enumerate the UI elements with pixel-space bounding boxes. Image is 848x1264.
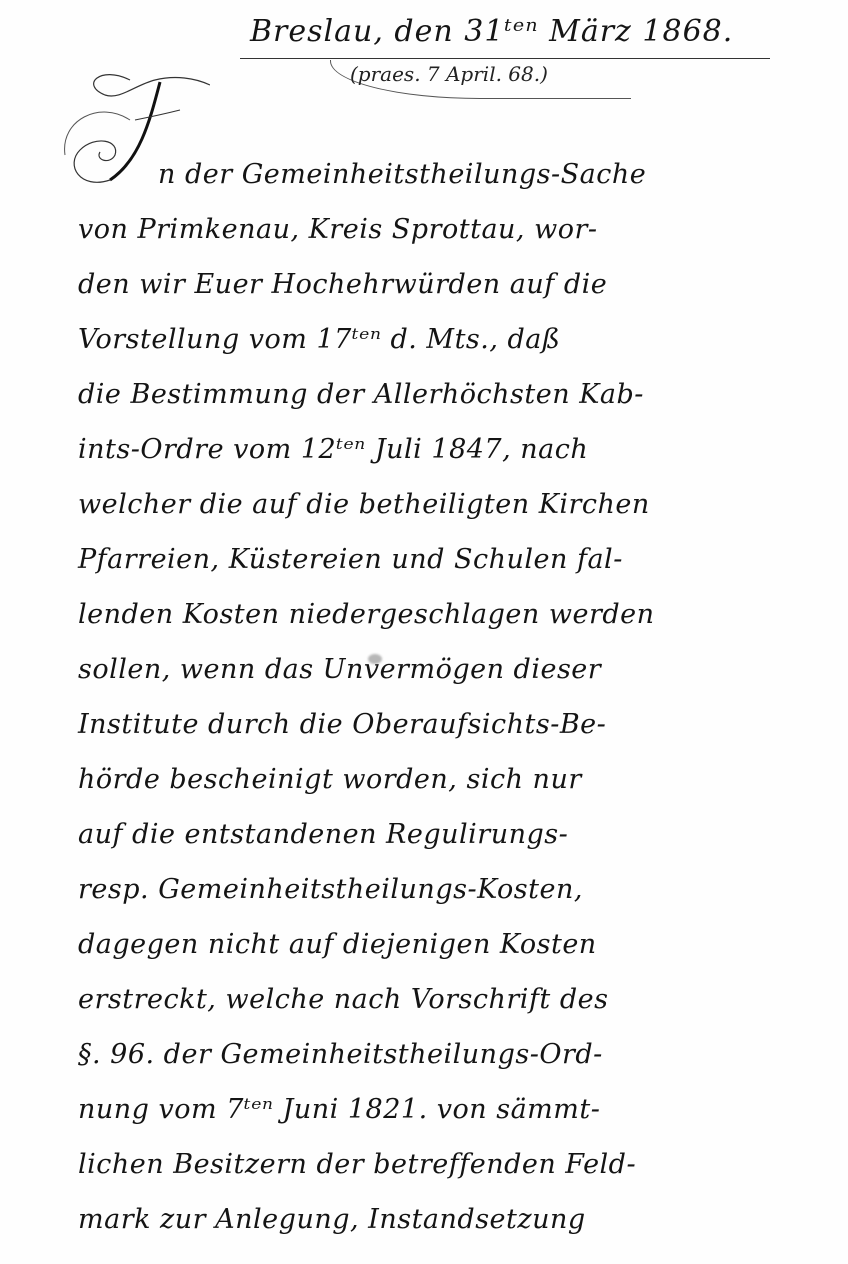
place-date-heading: Breslau, den 31ᵗᵉⁿ März 1868. (250, 14, 770, 49)
text-line: ints-Ordre vom 12ᵗᵉⁿ Juli 1847, nach (78, 433, 818, 467)
text-line: resp. Gemeinheitstheilungs-Kosten, (78, 873, 818, 907)
text-line: lichen Besitzern der betreffenden Feld- (78, 1148, 818, 1182)
letter-page: Breslau, den 31ᵗᵉⁿ März 1868. (praes. 7 … (0, 0, 848, 1264)
ink-smudge (368, 654, 382, 664)
text-line: sollen, wenn das Unvermögen dieser (78, 653, 818, 687)
text-line: nung vom 7ᵗᵉⁿ Juni 1821. von sämmt- (78, 1093, 818, 1127)
text-line: Vorstellung vom 17ᵗᵉⁿ d. Mts., daß (78, 323, 818, 357)
text-line: die Bestimmung der Allerhöchsten Kab- (78, 378, 818, 412)
text-line: Pfarreien, Küstereien und Schulen fal- (78, 543, 818, 577)
text-line: welcher die auf die betheiligten Kirchen (78, 488, 818, 522)
text-line: lenden Kosten niedergeschlagen werden (78, 598, 818, 632)
received-note: (praes. 7 April. 68.) (350, 62, 548, 86)
text-line: mark zur Anlegung, Instandsetzung (78, 1203, 818, 1237)
text-line: §. 96. der Gemeinheitstheilungs-Ord- (78, 1038, 818, 1072)
text-line: auf die entstandenen Regulirungs- (78, 818, 818, 852)
text-line: hörde bescheinigt worden, sich nur (78, 763, 818, 797)
text-line: Institute durch die Oberaufsichts-Be- (78, 708, 818, 742)
text-line: erstreckt, welche nach Vorschrift des (78, 983, 818, 1017)
text-line: von Primkenau, Kreis Sprottau, wor- (78, 213, 818, 247)
text-line: den wir Euer Hochehrwürden auf die (78, 268, 818, 302)
text-line: n der Gemeinheitstheilungs-Sache (158, 158, 818, 192)
text-line: dagegen nicht auf diejenigen Kosten (78, 928, 818, 962)
heading-underline (240, 58, 770, 59)
